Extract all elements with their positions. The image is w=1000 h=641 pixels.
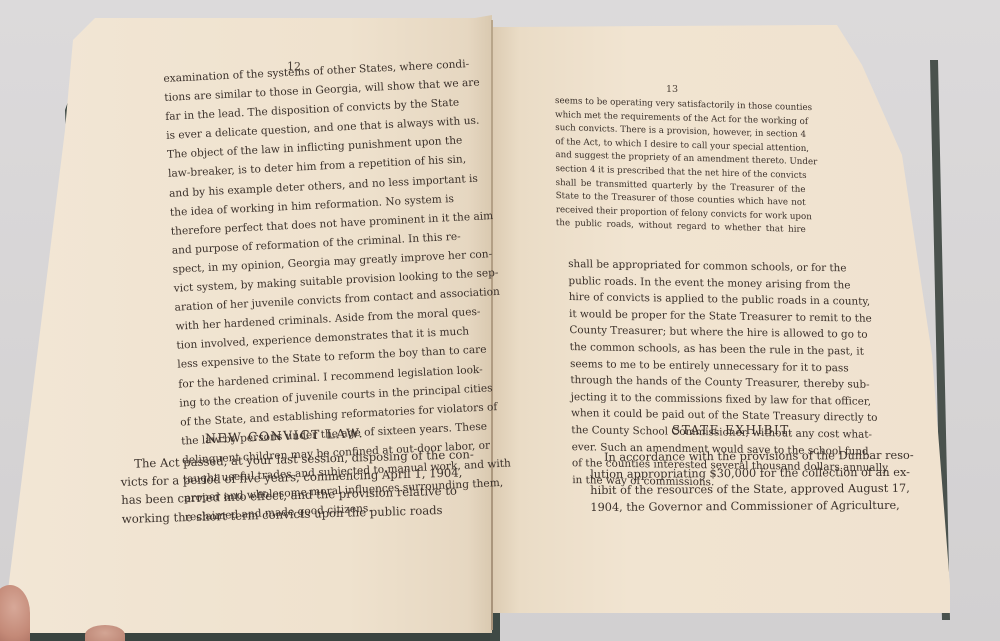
photo-scene: 12 examination of the systems of other S… — [0, 0, 1000, 641]
right-paragraph-1a: seems to be operating very satisfactoril… — [555, 95, 806, 238]
text-line: hibit of the resources of the State, app… — [590, 481, 870, 499]
right-section-heading: STATE EXHIBIT. — [672, 423, 793, 437]
text-line: lution appropriating $30,000 for the col… — [590, 465, 870, 483]
left-paragraph-2: The Act passed, at your last session, di… — [120, 447, 422, 528]
book-gutter — [491, 20, 493, 630]
right-paragraph-2: In accordance with the provisions of the… — [590, 448, 870, 516]
text-line: 1904, the Governor and Commissioner of A… — [590, 498, 870, 516]
text-line: In accordance with the provisions of the… — [590, 448, 870, 466]
finger — [85, 625, 125, 641]
right-page-number: 13 — [666, 84, 678, 95]
